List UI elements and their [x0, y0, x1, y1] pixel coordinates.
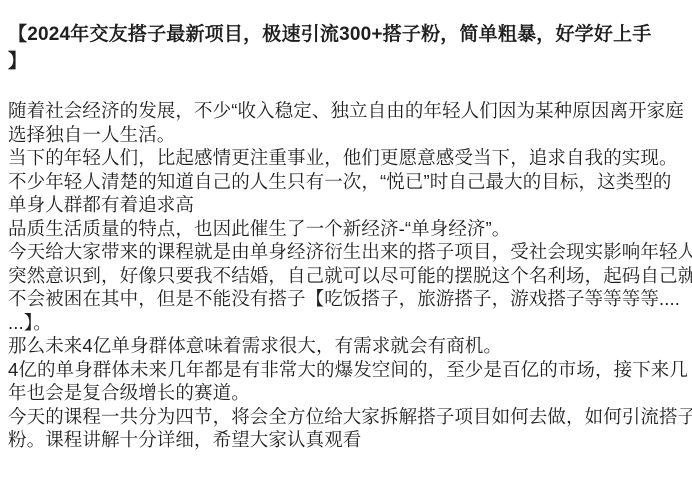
- body-line: ...】。: [8, 311, 686, 335]
- body-line: 选择独自一人生活。: [8, 123, 686, 147]
- body-line: 年也会是复合级增长的赛道。: [8, 381, 686, 405]
- body-line: 今天给大家带来的课程就是由单身经济衍生出来的搭子项目，受社会现实影响年轻人: [8, 240, 686, 264]
- body-line: 4亿的单身群体未来几年都是有非常大的爆发空间的，至少是百亿的市场，接下来几: [8, 358, 686, 382]
- body-line: 突然意识到，好像只要我不结婚，自己就可以尽可能的摆脱这个名利场，起码自己就: [8, 264, 686, 288]
- document-page: 【2024年交友搭子最新项目，极速引流300+搭子粉，简单粗暴，好学好上手 】 …: [0, 0, 692, 480]
- title-line-2: 】: [8, 48, 686, 75]
- body-line: 随着社会经济的发展，不少“收入稳定、独立自由的年轻人们因为某种原因离开家庭: [8, 99, 686, 123]
- body-line: 那么未来4亿单身群体意味着需求很大，有需求就会有商机。: [8, 334, 686, 358]
- body-line: 品质生活质量的特点，也因此催生了一个新经济-“单身经济”。: [8, 217, 686, 241]
- body-line: 粉。课程讲解十分详细，希望大家认真观看: [8, 428, 686, 452]
- title-line-1: 【2024年交友搭子最新项目，极速引流300+搭子粉，简单粗暴，好学好上手: [8, 21, 686, 48]
- document-title: 【2024年交友搭子最新项目，极速引流300+搭子粉，简单粗暴，好学好上手 】: [8, 21, 686, 75]
- body-line: 今天的课程一共分为四节，将会全方位给大家拆解搭子项目如何去做，如何引流搭子: [8, 405, 686, 429]
- document-body: 随着社会经济的发展，不少“收入稳定、独立自由的年轻人们因为某种原因离开家庭 选择…: [8, 99, 686, 452]
- body-line: 当下的年轻人们，比起感情更注重事业，他们更愿意感受当下，追求自我的实现。: [8, 146, 686, 170]
- body-line: 不少年轻人清楚的知道自己的人生只有一次，“悦已”时自己最大的目标，这类型的: [8, 170, 686, 194]
- body-line: 不会被困在其中，但是不能没有搭子【吃饭搭子，旅游搭子，游戏搭子等等等等....: [8, 287, 686, 311]
- body-line: 单身人群都有着追求高: [8, 193, 686, 217]
